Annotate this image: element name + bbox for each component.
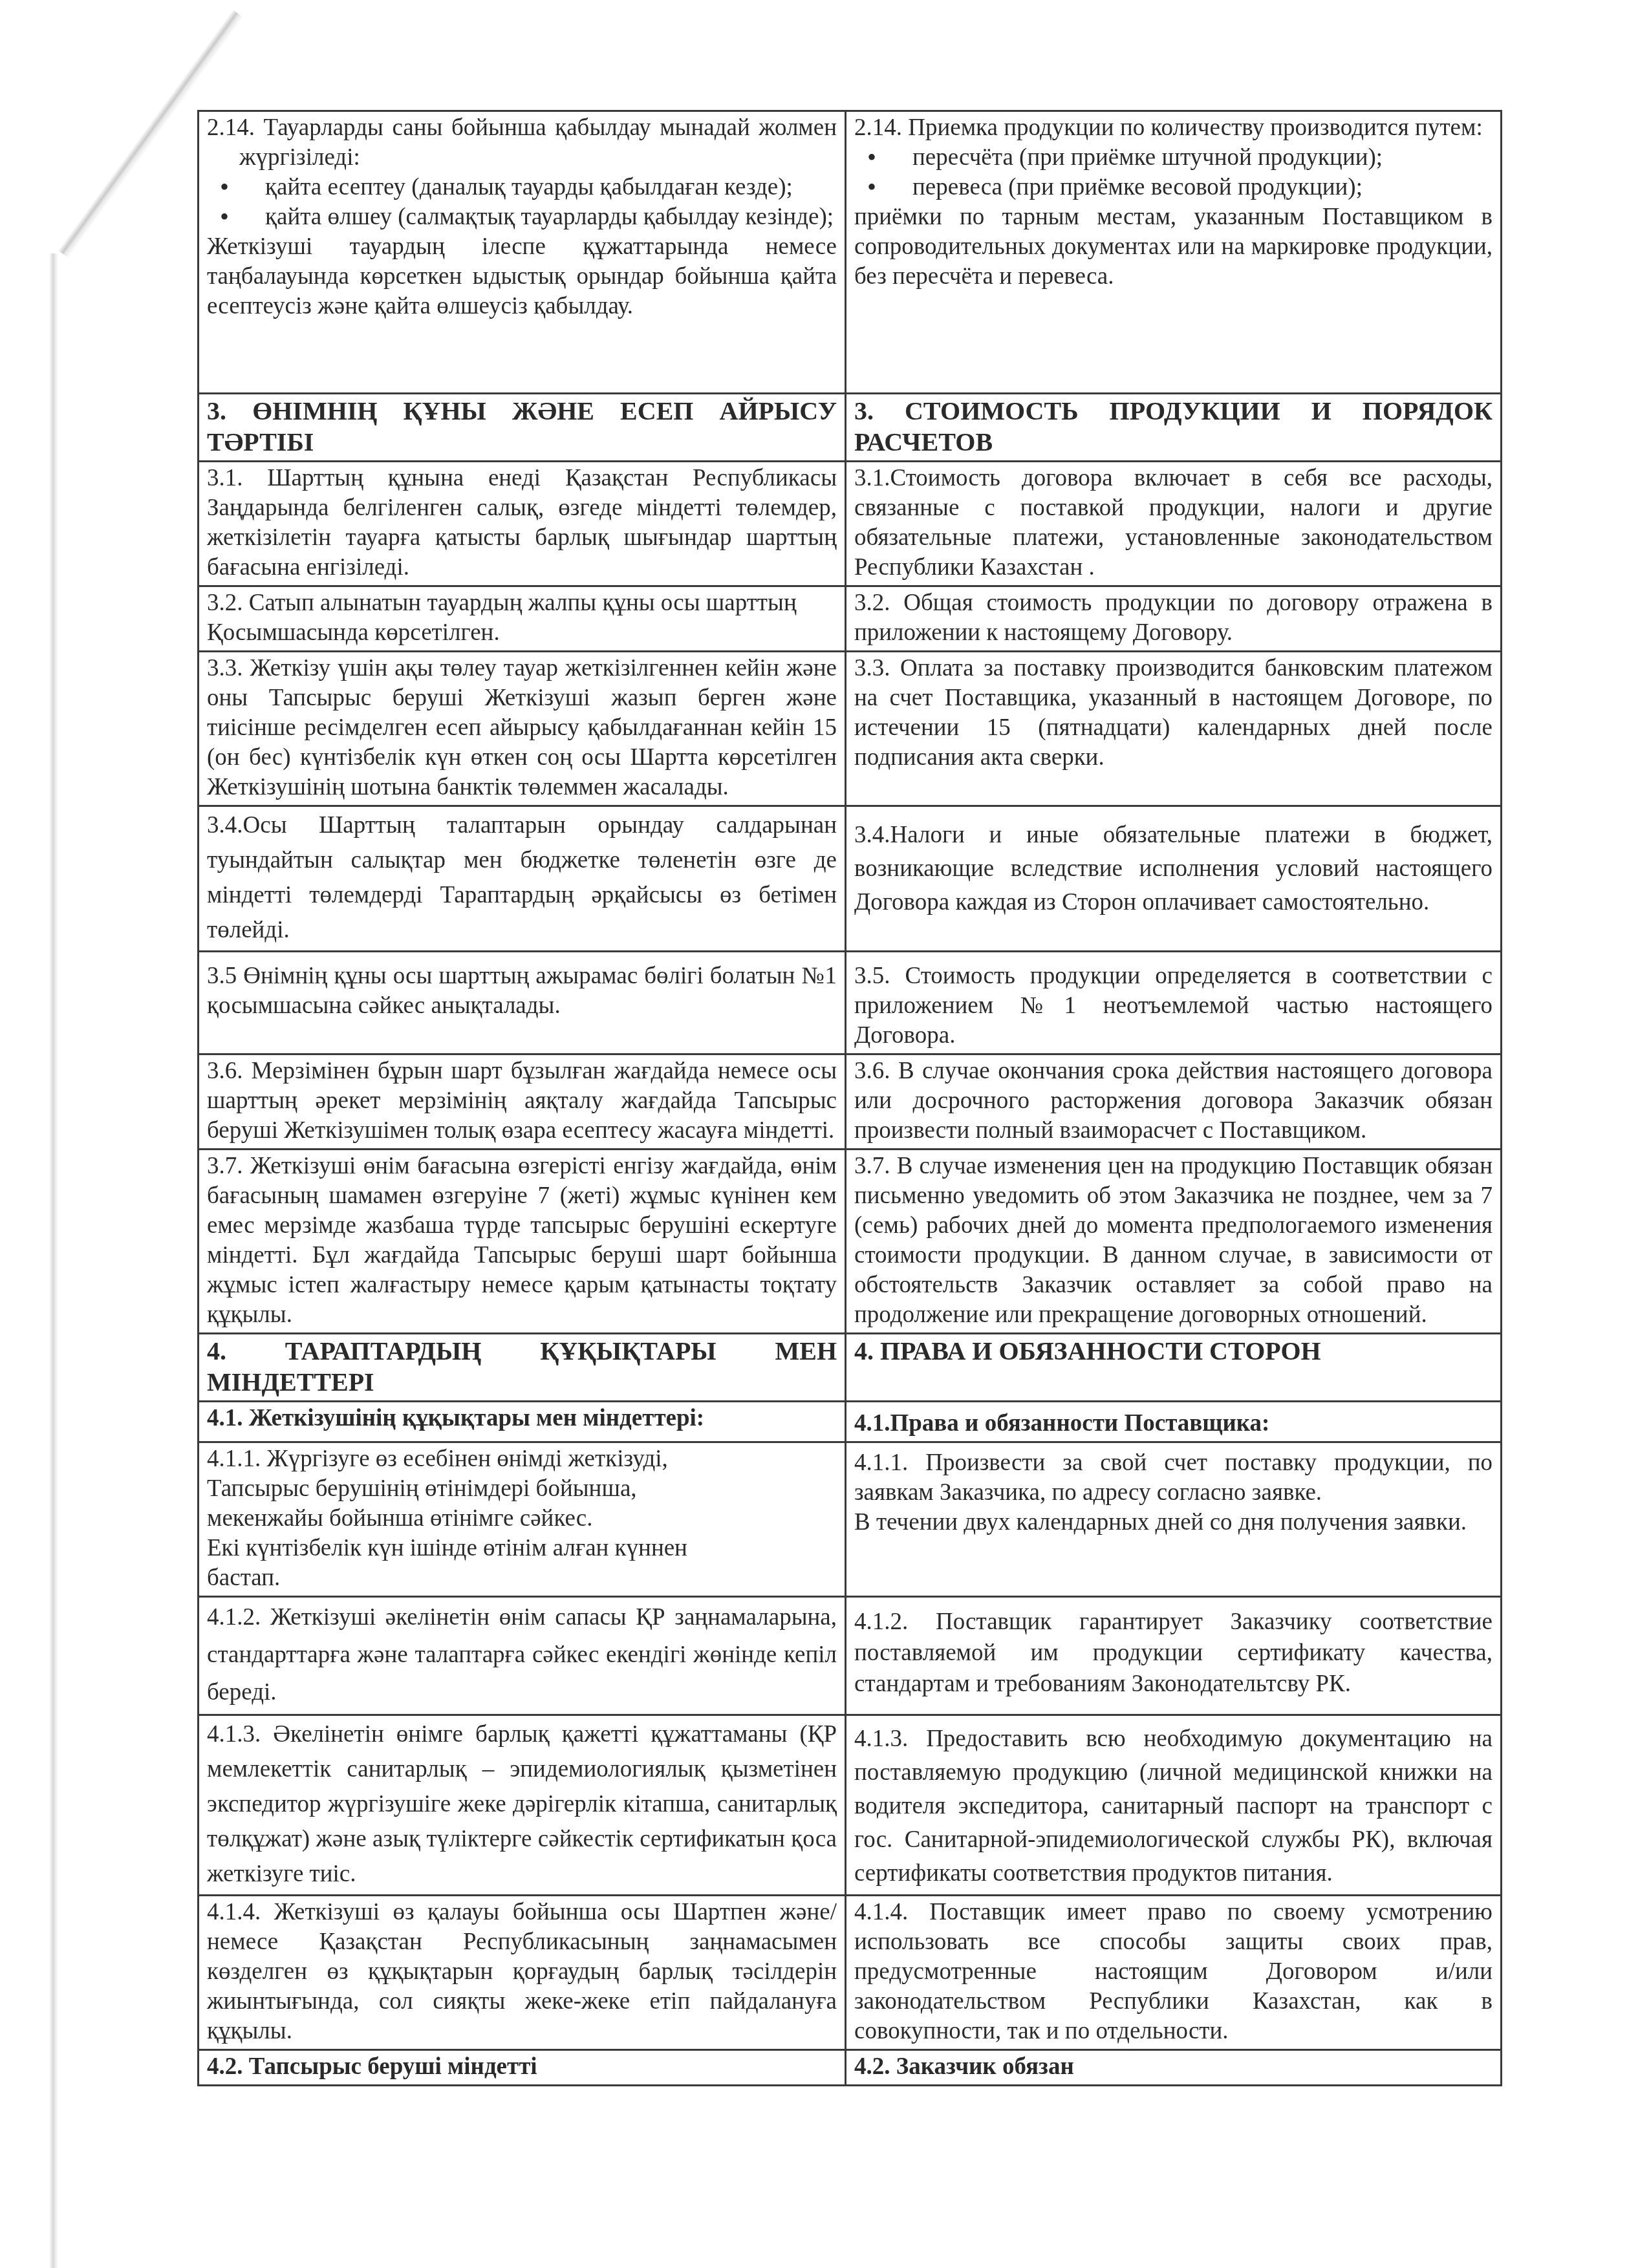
subsection-4-2-ru: 4.2. Заказчик обязан [846,2050,1502,2086]
clause-2-14-ru: 2.14. Приемка продукции по количеству пр… [846,111,1502,394]
clause-3-6-kk: 3.6. Мерзімінен бұрын шарт бұзылған жағд… [199,1054,846,1150]
bilingual-contract-table: 2.14. Тауарларды саны бойынша қабылдау м… [197,110,1502,2086]
clause-4-1-2-ru: 4.1.2. Поставщик гарантирует Заказчику с… [846,1597,1502,1715]
clause-3-6-ru: 3.6. В случае окончания срока действия н… [846,1054,1502,1150]
clause-3-7-ru: 3.7. В случае изменения цен на продукцию… [846,1150,1502,1334]
clause-3-3-kk: 3.3. Жеткізу үшін ақы төлеу тауар жеткіз… [199,652,846,806]
table-row: 4. ТАРАПТАРДЫҢ ҚҰҚЫҚТАРЫ МЕН МІНДЕТТЕРІ … [199,1334,1502,1402]
clause-3-4-kk: 3.4.Осы Шарттың талаптарын орындау салда… [199,806,846,952]
section-3-heading-ru: 3. СТОИМОСТЬ ПРОДУКЦИИ И ПОРЯДОК РАСЧЕТО… [846,394,1502,462]
clause-line: В течении двух календарных дней со дня п… [854,1508,1493,1537]
subsection-4-1-kk: 4.1. Жеткізушінің құқықтары мен міндетте… [199,1402,846,1442]
table-row: 3.3. Жеткізу үшін ақы төлеу тауар жеткіз… [199,652,1502,806]
table-row: 4.1.3. Әкелінетін өнімге барлық қажетті … [199,1715,1502,1896]
list-item: қайта есептеу (даналық тауарды қабылдаға… [265,173,837,202]
table-row: 3.1. Шарттың құнына енеді Қазақстан Респ… [199,462,1502,586]
table-row: 4.1.4. Жеткізуші өз қалауы бойынша осы Ш… [199,1896,1502,2050]
clause-intro: 2.14. Приемка продукции по количеству пр… [854,113,1493,143]
clause-3-7-kk: 3.7. Жеткізуші өнім бағасына өзгерісті е… [199,1150,846,1334]
clause-3-5-kk: 3.5 Өнімнің құны осы шарттың ажырамас бө… [199,952,846,1054]
clause-3-4-ru: 3.4.Налоги и иные обязательные платежи в… [846,806,1502,952]
clause-line: мекенжайы бойынша өтінімге сәйкес. [207,1504,837,1534]
clause-4-1-3-ru: 4.1.3. Предоставить всю необходимую доку… [846,1715,1502,1896]
clause-4-1-2-kk: 4.1.2. Жеткізуші әкелінетін өнім сапасы … [199,1597,846,1715]
clause-line: 4.1.1. Произвести за свой счет поставку … [854,1448,1493,1508]
clause-tail: приёмки по тарным местам, указанным Пост… [854,202,1493,292]
clause-4-1-3-kk: 4.1.3. Әкелінетін өнімге барлық қажетті … [199,1715,846,1896]
clause-3-3-ru: 3.3. Оплата за поставку производится бан… [846,652,1502,806]
table-row: 4.1. Жеткізушінің құқықтары мен міндетте… [199,1402,1502,1442]
clause-3-5-ru: 3.5. Стоимость продукции определяется в … [846,952,1502,1054]
clause-3-2-kk: 3.2. Сатып алынатын тауардың жалпы құны … [199,586,846,652]
list-item: қайта өлшеу (салмақтық тауарларды қабылд… [265,202,837,232]
table-row: 3. ӨНІМНІҢ ҚҰНЫ ЖӘНЕ ЕСЕП АЙРЫСУ ТӘРТІБІ… [199,394,1502,462]
table-row: 3.6. Мерзімінен бұрын шарт бұзылған жағд… [199,1054,1502,1150]
clause-3-1-ru: 3.1.Стоимость договора включает в себя в… [846,462,1502,586]
clause-4-1-1-kk: 4.1.1. Жүргізуге өз есебінен өнімді жетк… [199,1442,846,1597]
clause-3-1-kk: 3.1. Шарттың құнына енеді Қазақстан Респ… [199,462,846,586]
clause-tail: Жеткізуші тауардың ілеспе құжаттарында н… [207,232,837,321]
clause-line: Тапсырыс берушінің өтінімдері бойынша, [207,1474,837,1504]
clause-2-14-kk: 2.14. Тауарларды саны бойынша қабылдау м… [199,111,846,394]
clause-intro: 2.14. Тауарларды саны бойынша қабылдау м… [207,113,837,173]
bullet-list: қайта есептеу (даналық тауарды қабылдаға… [207,173,837,232]
table-row: 4.1.1. Жүргізуге өз есебінен өнімді жетк… [199,1442,1502,1597]
section-4-heading-ru: 4. ПРАВА И ОБЯЗАННОСТИ СТОРОН [846,1334,1502,1402]
section-3-heading-kk: 3. ӨНІМНІҢ ҚҰНЫ ЖӘНЕ ЕСЕП АЙРЫСУ ТӘРТІБІ [199,394,846,462]
clause-4-1-4-ru: 4.1.4. Поставщик имеет право по своему у… [846,1896,1502,2050]
clause-4-1-1-ru: 4.1.1. Произвести за свой счет поставку … [846,1442,1502,1597]
table-row: 3.5 Өнімнің құны осы шарттың ажырамас бө… [199,952,1502,1054]
clause-3-2-ru: 3.2. Общая стоимость продукции по догово… [846,586,1502,652]
list-item: перевеса (при приёмке весовой продукции)… [912,173,1493,202]
table-row: 2.14. Тауарларды саны бойынша қабылдау м… [199,111,1502,394]
table-row: 4.1.2. Жеткізуші әкелінетін өнім сапасы … [199,1597,1502,1715]
subsection-4-2-kk: 4.2. Тапсырыс беруші міндетті [199,2050,846,2086]
clause-4-1-4-kk: 4.1.4. Жеткізуші өз қалауы бойынша осы Ш… [199,1896,846,2050]
section-4-heading-kk: 4. ТАРАПТАРДЫҢ ҚҰҚЫҚТАРЫ МЕН МІНДЕТТЕРІ [199,1334,846,1402]
table-row: 3.7. Жеткізуші өнім бағасына өзгерісті е… [199,1150,1502,1334]
table-row: 3.4.Осы Шарттың талаптарын орындау салда… [199,806,1502,952]
table-row: 3.2. Сатып алынатын тауардың жалпы құны … [199,586,1502,652]
paper-edge-shadow [49,253,58,2268]
subsection-4-1-ru: 4.1.Права и обязанности Поставщика: [846,1402,1502,1442]
bullet-list: пересчёта (при приёмке штучной продукции… [854,143,1493,202]
clause-line: Екі күнтізбелік күн ішінде өтінім алған … [207,1534,763,1593]
list-item: пересчёта (при приёмке штучной продукции… [912,143,1493,173]
table-row: 4.2. Тапсырыс беруші міндетті 4.2. Заказ… [199,2050,1502,2086]
clause-line: 4.1.1. Жүргізуге өз есебінен өнімді жетк… [207,1444,837,1474]
